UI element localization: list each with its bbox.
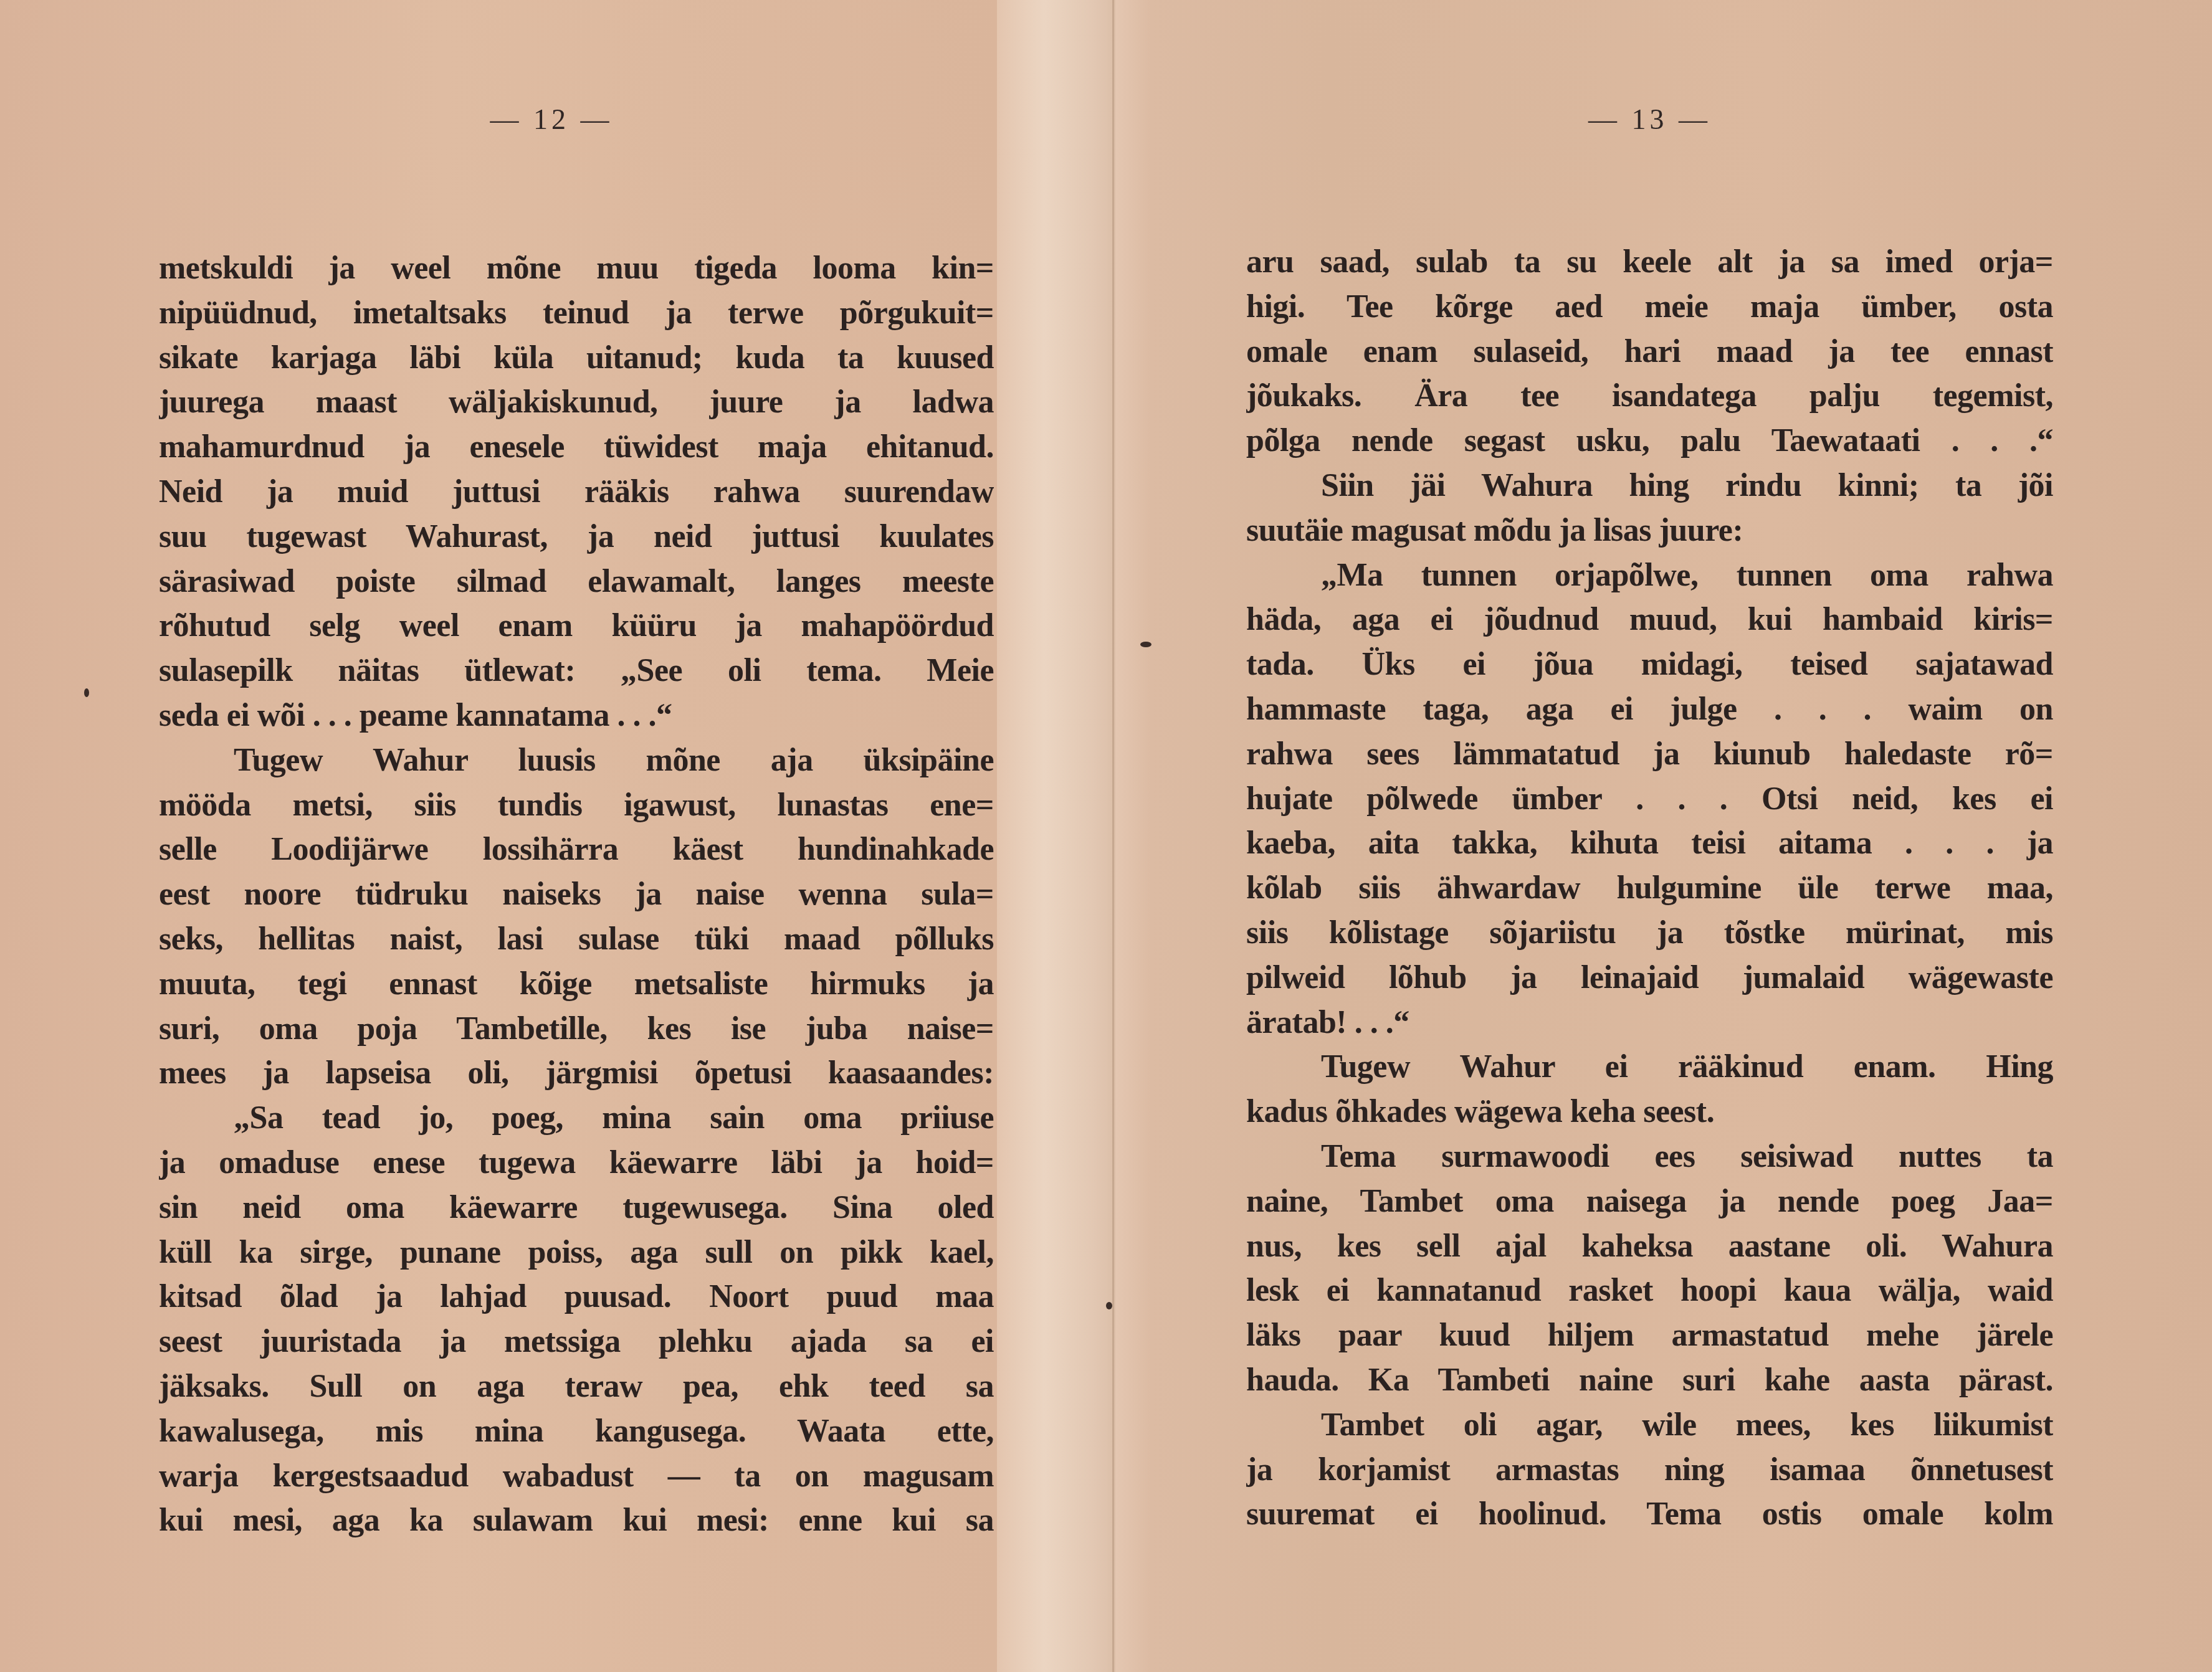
text-line: mahamurdnud ja enesele tüwidest maja ehi… xyxy=(159,425,994,470)
text-line: sin neid oma käewarre tugewusega. Sina o… xyxy=(159,1185,994,1230)
right-page-text: aru saad, sulab ta su keele alt ja sa im… xyxy=(1246,240,2053,1537)
text-line: Tambet oli agar, wile mees, kes liikumis… xyxy=(1246,1403,2053,1448)
text-line: Tugew Wahur ei rääkinud enam. Hing xyxy=(1246,1045,2053,1090)
text-line: warja kergestsaadud wabadust — ta on mag… xyxy=(159,1454,994,1499)
text-line: higi. Tee kõrge aed meie maja ümber, ost… xyxy=(1246,285,2053,330)
text-line: muuta, tegi ennast kõige metsaliste hirm… xyxy=(159,962,994,1007)
text-line: „Ma tunnen orjapõlwe, tunnen oma rahwa xyxy=(1246,553,2053,598)
text-line: juurega maast wäljakiskunud, juure ja la… xyxy=(159,380,994,425)
text-line: äratab! . . .“ xyxy=(1246,1000,2053,1045)
text-line: nipüüdnud, imetaltsaks teinud ja terwe p… xyxy=(159,291,994,336)
ink-speck xyxy=(1140,642,1151,647)
page-fold xyxy=(1112,0,1114,1672)
text-line: põlga nende segast usku, palu Taewataati… xyxy=(1246,419,2053,463)
text-line: suri, oma poja Tambetille, kes ise juba … xyxy=(159,1007,994,1052)
text-line: ja korjamist armastas ning isamaa õnnetu… xyxy=(1246,1448,2053,1493)
text-line: suuremat ei hoolinud. Tema ostis omale k… xyxy=(1246,1492,2053,1537)
text-line: siis kõlistage sõjariistu ja tõstke müri… xyxy=(1246,911,2053,956)
text-line: „Sa tead jo, poeg, mina sain oma priiuse xyxy=(159,1096,994,1141)
text-line: hauda. Ka Tambeti naine suri kahe aasta … xyxy=(1246,1358,2053,1403)
text-line: jäksaks. Sull on aga teraw pea, ehk teed… xyxy=(159,1364,994,1409)
text-line: omale enam sulaseid, hari maad ja tee en… xyxy=(1246,330,2053,374)
text-line: lesk ei kannatanud rasket hoopi kaua wäl… xyxy=(1246,1268,2053,1313)
ink-speck xyxy=(84,688,89,697)
text-line: sikate karjaga läbi küla uitanud; kuda t… xyxy=(159,336,994,381)
text-line: hammaste taga, aga ei julge . . . waim o… xyxy=(1246,687,2053,732)
text-line: aru saad, sulab ta su keele alt ja sa im… xyxy=(1246,240,2053,285)
text-line: Neid ja muid juttusi rääkis rahwa suuren… xyxy=(159,470,994,515)
text-line: nus, kes sell ajal kaheksa aastane oli. … xyxy=(1246,1224,2053,1269)
text-line: küll ka sirge, punane poiss, aga sull on… xyxy=(159,1230,994,1275)
text-line: mööda metsi, siis tundis igawust, lunast… xyxy=(159,783,994,828)
text-line: rõhutud selg weel enam küüru ja mahapöör… xyxy=(159,604,994,648)
text-line: seda ei wõi . . . peame kannatama . . .“ xyxy=(159,693,994,738)
book-gutter xyxy=(997,0,1115,1672)
text-line: jõukaks. Ära tee isandatega palju tegemi… xyxy=(1246,374,2053,419)
right-page: — 13 — aru saad, sulab ta su keele alt j… xyxy=(1246,0,2053,1672)
left-page: — 12 — metskuldi ja weel mõne muu tigeda… xyxy=(159,0,994,1672)
text-line: naine, Tambet oma naisega ja nende poeg … xyxy=(1246,1179,2053,1224)
ink-speck xyxy=(1106,1302,1112,1309)
text-line: selle Loodijärwe lossihärra käest hundin… xyxy=(159,827,994,872)
text-line: sulasepilk näitas ütlewat: „See oli tema… xyxy=(159,648,994,693)
left-page-text: metskuldi ja weel mõne muu tigeda looma … xyxy=(159,246,994,1543)
text-line: kaeba, aita takka, kihuta teisi aitama .… xyxy=(1246,821,2053,866)
text-line: seest juuristada ja metssiga plehku ajad… xyxy=(159,1319,994,1364)
text-line: Siin jäi Wahura hing rindu kinni; ta jõi xyxy=(1246,463,2053,508)
text-line: ja omaduse enese tugewa käewarre läbi ja… xyxy=(159,1141,994,1185)
page-number-right: — 13 — xyxy=(1246,103,2053,136)
text-line: hujate põlwede ümber . . . Otsi neid, ke… xyxy=(1246,777,2053,822)
text-line: suu tugewast Wahurast, ja neid juttusi k… xyxy=(159,515,994,559)
text-line: kawalusega, mis mina kangusega. Waata et… xyxy=(159,1409,994,1454)
text-line: häda, aga ei jõudnud muud, kui hambaid k… xyxy=(1246,597,2053,642)
text-line: metskuldi ja weel mõne muu tigeda looma … xyxy=(159,246,994,291)
text-line: läks paar kuud hiljem armastatud mehe jä… xyxy=(1246,1313,2053,1358)
text-line: kui mesi, aga ka sulawam kui mesi: enne … xyxy=(159,1498,994,1543)
book-spread: — 12 — metskuldi ja weel mõne muu tigeda… xyxy=(0,0,2212,1672)
text-line: tada. Üks ei jõua midagi, teised sajataw… xyxy=(1246,642,2053,687)
text-line: kitsad õlad ja lahjad puusad. Noort puud… xyxy=(159,1275,994,1319)
text-line: kõlab siis ähwardaw hulgumine üle terwe … xyxy=(1246,866,2053,911)
text-line: eest noore tüdruku naiseks ja naise wenn… xyxy=(159,872,994,917)
text-line: mees ja lapseisa oli, järgmisi õpetusi k… xyxy=(159,1051,994,1096)
text-line: Tema surmawoodi ees seisiwad nuttes ta xyxy=(1246,1134,2053,1179)
text-line: rahwa sees lämmatatud ja kiunub haledast… xyxy=(1246,732,2053,777)
text-line: Tugew Wahur luusis mõne aja üksipäine xyxy=(159,738,994,783)
text-line: suutäie magusat mõdu ja lisas juure: xyxy=(1246,508,2053,553)
text-line: pilweid lõhub ja leinajaid jumalaid wäge… xyxy=(1246,956,2053,1000)
text-line: kadus õhkades wägewa keha seest. xyxy=(1246,1090,2053,1134)
page-number-left: — 12 — xyxy=(159,103,944,136)
text-line: särasiwad poiste silmad elawamalt, lange… xyxy=(159,559,994,604)
text-line: seks, hellitas naist, lasi sulase tüki m… xyxy=(159,917,994,962)
